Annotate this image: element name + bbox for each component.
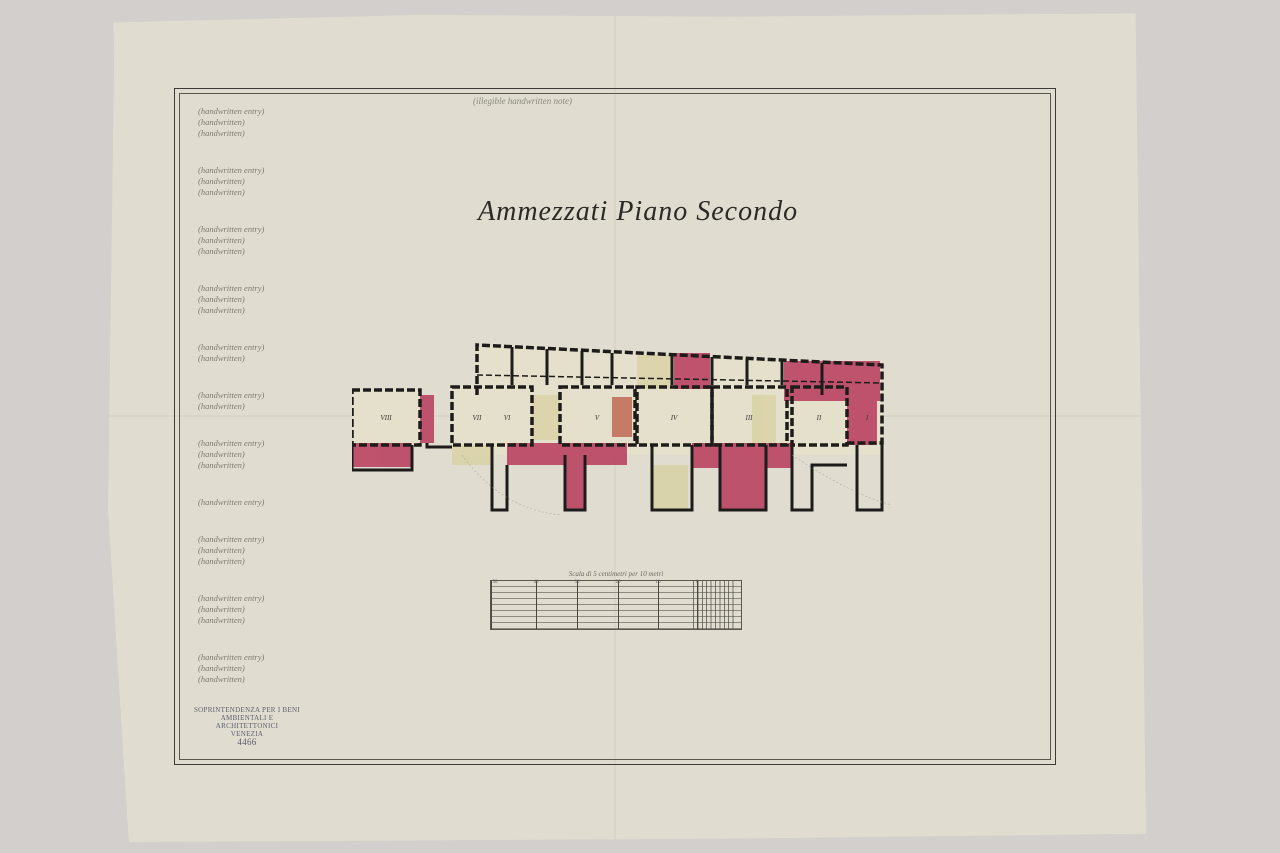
scale-tick-label: 10: [656, 580, 661, 585]
top-annotation: (illegible handwritten note): [473, 96, 572, 106]
side-note: (handwritten entry)(handwritten)(handwri…: [198, 438, 318, 471]
scale-caption: Scala di 5 centimetri per 10 metri: [490, 570, 742, 578]
scale-tick-label: 20: [616, 580, 621, 585]
scale-tick-label: 30: [575, 580, 580, 585]
side-note: (handwritten entry)(handwritten): [198, 342, 318, 364]
room-label: VIII: [380, 414, 392, 422]
side-notes: (handwritten entry)(handwritten)(handwri…: [198, 106, 318, 711]
side-note: (handwritten entry)(handwritten)(handwri…: [198, 224, 318, 257]
room-label: VII: [473, 414, 483, 422]
side-note: (handwritten entry): [198, 497, 318, 508]
room-label: V: [595, 414, 600, 422]
scale-tick-label: 50: [493, 580, 498, 585]
side-note: (handwritten entry)(handwritten)(handwri…: [198, 165, 318, 198]
side-note: (handwritten entry)(handwritten)(handwri…: [198, 283, 318, 316]
archive-number: 4466: [192, 738, 302, 746]
side-note: (handwritten entry)(handwritten)(handwri…: [198, 652, 318, 685]
document-sheet: (illegible handwritten note) Ammezzati P…: [108, 10, 1146, 842]
room-label: II: [816, 414, 822, 422]
side-note: (handwritten entry)(handwritten): [198, 390, 318, 412]
side-note: (handwritten entry)(handwritten)(handwri…: [198, 534, 318, 567]
archive-stamp: SOPRINTENDENZA PER I BENI AMBIENTALI E A…: [192, 706, 302, 746]
side-note: (handwritten entry)(handwritten)(handwri…: [198, 106, 318, 139]
scale-bar: Scala di 5 centimetri per 10 metri 50 40…: [490, 570, 742, 630]
room-label: VI: [504, 414, 511, 422]
side-note: (handwritten entry)(handwritten)(handwri…: [198, 593, 318, 626]
scale-fine-divisions: [693, 581, 737, 629]
drawing-title: Ammezzati Piano Secondo: [478, 196, 798, 228]
scale-grid: 50 40 30 20 10 0: [490, 580, 742, 630]
floor-plan: VIII VII VI V IV III II I: [352, 335, 892, 515]
room-label: IV: [670, 414, 678, 422]
room-label: III: [745, 414, 754, 422]
scale-tick-label: 40: [534, 580, 539, 585]
